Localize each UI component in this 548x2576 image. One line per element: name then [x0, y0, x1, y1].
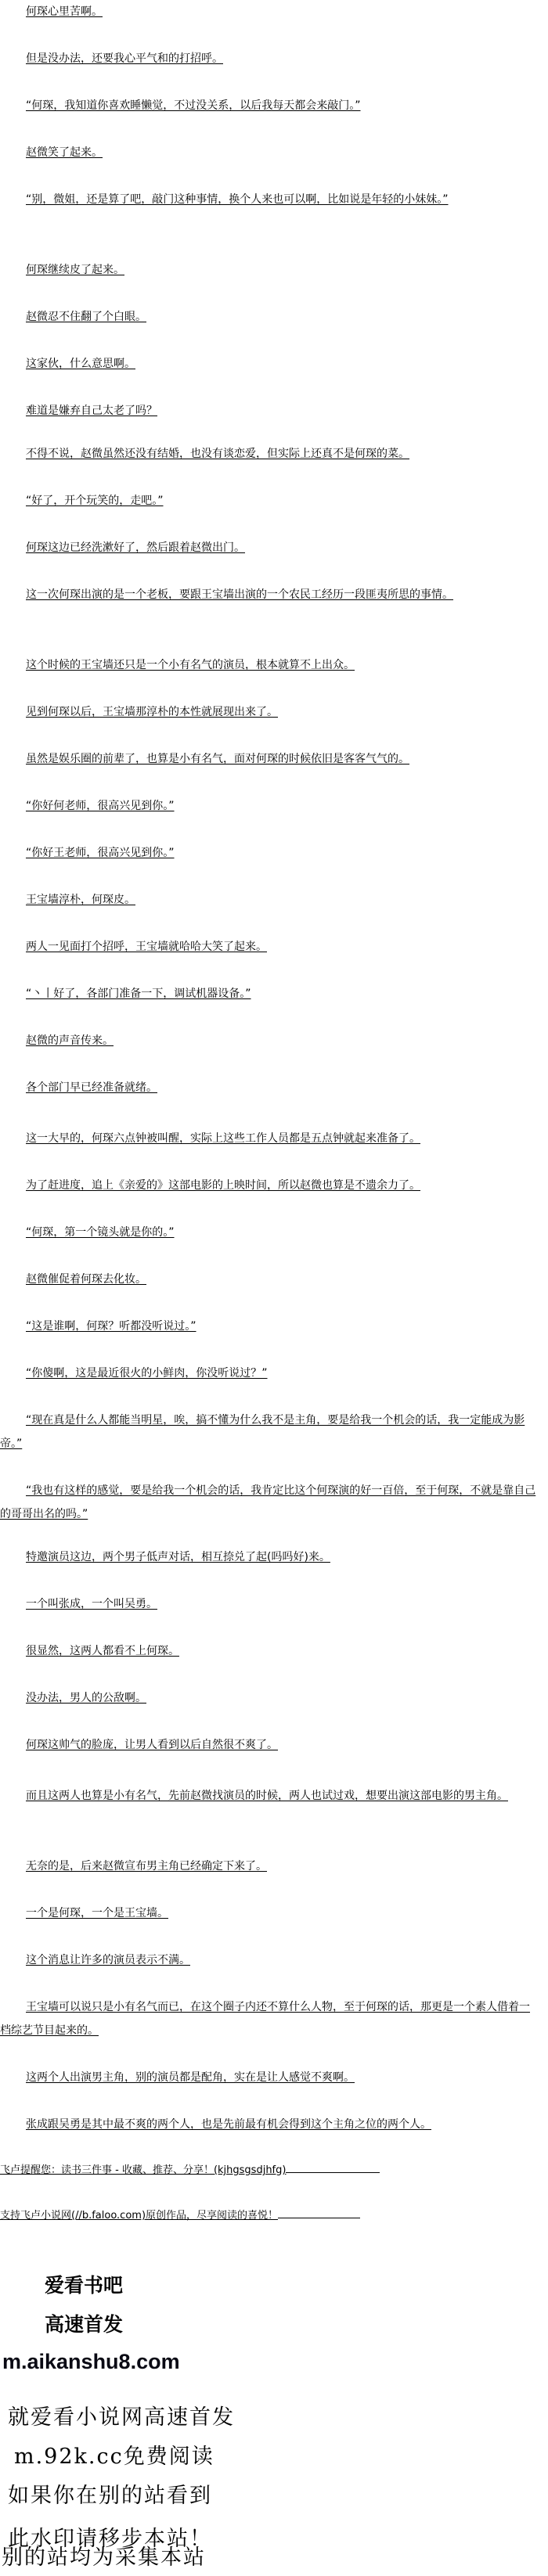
paragraph-text: 这两个人出演男主角，别的演员都是配角，实在是让人感觉不爽啊。	[26, 2071, 355, 2084]
paragraph: 两人一见面打个招呼，王宝墙就哈哈大笑了起来。	[0, 935, 540, 959]
paragraph-text: 何琛这边已经洗漱好了，然后跟着赵微出门。	[26, 541, 245, 554]
paragraph: 何琛继续皮了起来。	[0, 258, 540, 282]
paragraph-text: 赵微的声音传来。	[26, 1034, 114, 1047]
paragraph: “我也有这样的感觉，要是给我一个机会的话，我肯定比这个何琛演的好一百倍，至于何琛…	[0, 1479, 540, 1526]
paragraph-text: 见到何琛以后，王宝墙那淳朴的本性就展现出来了。	[26, 706, 278, 718]
paragraph-text: 赵微催促着何琛去化妆。	[26, 1273, 146, 1286]
paragraph: 难道是嫌弃自己太老了吗？	[0, 399, 540, 423]
paragraph: 这家伙，什么意思啊。	[0, 352, 540, 376]
paragraph: 赵微笑了起来。	[0, 141, 540, 164]
paragraph: 何琛这帅气的脸庞，让男人看到以后自然很不爽了。	[0, 1733, 540, 1757]
paragraph: 这一次何琛出演的是一个老板，要跟王宝墙出演的一个农民工经历一段匪夷所思的事情。	[0, 583, 540, 606]
paragraph-text: “你好何老师，很高兴见到你。”	[26, 800, 175, 812]
paragraph-text: 不得不说，赵微虽然还没有结婚，也没有谈恋爱，但实际上还真不是何琛的菜。	[26, 448, 409, 460]
reminder-line: 飞卢提醒您：读书三件事 - 收藏、推荐、分享！(kjhgsgsdjhfg)	[0, 2161, 380, 2178]
paragraph: 但是没办法，还要我心平气和的打招呼。	[0, 47, 540, 70]
paragraph-text: 何琛继续皮了起来。	[26, 264, 124, 276]
paragraph: “你好王老师，很高兴见到你。”	[0, 841, 540, 865]
paragraph-text: 没办法，男人的公敌啊。	[26, 1692, 146, 1704]
watermark-url: m.aikanshu8.com	[2, 2349, 180, 2374]
paragraph-text: 但是没办法，还要我心平气和的打招呼。	[26, 52, 223, 65]
paragraph-text: 何琛这帅气的脸庞，让男人看到以后自然很不爽了。	[26, 1739, 278, 1751]
paragraph: “你傻啊，这是最近很火的小鲜肉，你没听说过？”	[0, 1362, 540, 1385]
paragraph: “别，微姐，还是算了吧，敲门这种事情，换个人来也可以啊，比如说是年轻的小妹妹。”	[0, 188, 540, 211]
paragraph: 赵微催促着何琛去化妆。	[0, 1268, 540, 1291]
paragraph: 虽然是娱乐圈的前辈了，也算是小有名气，面对何琛的时候依旧是客客气气的。	[0, 747, 540, 771]
paragraph: 何琛这边已经洗漱好了，然后跟着赵微出门。	[0, 536, 540, 559]
watermark-line-2: m.92k.cc免费阅读	[14, 2444, 215, 2470]
reminder-text: 飞卢提醒您：读书三件事 - 收藏、推荐、分享！(kjhgsgsdjhfg)	[0, 2164, 286, 2176]
paragraph: 不得不说，赵微虽然还没有结婚，也没有谈恋爱，但实际上还真不是何琛的菜。	[0, 442, 540, 466]
paragraph: “丶丨好了，各部门准备一下，调试机器设备。”	[0, 982, 540, 1006]
paragraph: 无奈的是，后来赵微宣布男主角已经确定下来了。	[0, 1855, 540, 1878]
paragraph-text: 何琛心里苦啊。	[26, 5, 103, 18]
watermark-line-5: 别的站均为采集本站	[2, 2545, 206, 2571]
paragraph-text: “好了，开个玩笑的，走吧。”	[26, 495, 164, 507]
paragraph: 王宝墙淳朴，何琛皮。	[0, 888, 540, 912]
paragraph-text: 而且这两人也算是小有名气，先前赵微找演员的时候，两人也试过戏，想要出演这部电影的…	[26, 1790, 508, 1802]
paragraph-text: 王宝墙淳朴，何琛皮。	[26, 894, 135, 906]
paragraph-text: “何琛，第一个镜头就是你的。”	[26, 1226, 175, 1239]
paragraph-text: “你傻啊，这是最近很火的小鲜肉，你没听说过？”	[26, 1367, 268, 1380]
paragraph-text: 这个时候的王宝墙还只是一个小有名气的演员，根本就算不上出众。	[26, 659, 355, 671]
paragraph: 这一大早的，何琛六点钟被叫醒，实际上这些工作人员都是五点钟就起来准备了。	[0, 1127, 540, 1150]
paragraph: 这个消息让许多的演员表示不满。	[0, 1948, 540, 1972]
paragraph: “何琛，第一个镜头就是你的。”	[0, 1221, 540, 1244]
paragraph-text: 赵微忍不住翻了个白眼。	[26, 311, 146, 323]
paragraph: 赵微的声音传来。	[0, 1029, 540, 1052]
paragraph: 为了赶进度，追上《亲爱的》这部电影的上映时间，所以赵微也算是不遗余力了。	[0, 1174, 540, 1197]
paragraph: 这两个人出演男主角，别的演员都是配角，实在是让人感觉不爽啊。	[0, 2066, 540, 2089]
paragraph-text: “现在真是什么人都能当明星，唉，搞不懂为什么我不是主角，要是给我一个机会的话，我…	[0, 1414, 525, 1450]
paragraph: 而且这两人也算是小有名气，先前赵微找演员的时候，两人也试过戏，想要出演这部电影的…	[0, 1784, 540, 1808]
paragraph: 一个叫张成，一个叫吴勇。	[0, 1592, 540, 1616]
support-text: 支持飞卢小说网(//b.faloo.com)原创作品，尽享阅读的喜悦！	[0, 2210, 278, 2222]
paragraph: “好了，开个玩笑的，走吧。”	[0, 489, 540, 513]
watermark-line-3: 如果你在别的站看到	[8, 2483, 212, 2509]
paragraph-text: 一个是何琛，一个是王宝墙。	[26, 1907, 168, 1919]
paragraph: 何琛心里苦啊。	[0, 0, 540, 23]
watermark-title-2: 高速首发	[45, 2313, 123, 2337]
paragraph: 王宝墙可以说只是小有名气而已，在这个圈子内还不算什么人物，至于何琛的话，那更是一…	[0, 1995, 540, 2042]
paragraph-text: 难道是嫌弃自己太老了吗？	[26, 405, 157, 417]
paragraph: “你好何老师，很高兴见到你。”	[0, 794, 540, 818]
watermark-line-1: 就爱看小说网高速首发	[8, 2405, 235, 2431]
paragraph-text: 这一次何琛出演的是一个老板，要跟王宝墙出演的一个农民工经历一段匪夷所思的事情。	[26, 588, 453, 601]
paragraph: 各个部门早已经准备就绪。	[0, 1076, 540, 1099]
paragraph: 这个时候的王宝墙还只是一个小有名气的演员，根本就算不上出众。	[0, 653, 540, 677]
paragraph-text: 特邀演员这边，两个男子低声对话，相互捺兑了起(吗吗好)来。	[26, 1551, 330, 1563]
support-line: 支持飞卢小说网(//b.faloo.com)原创作品，尽享阅读的喜悦！	[0, 2207, 360, 2224]
paragraph-text: 这个消息让许多的演员表示不满。	[26, 1954, 190, 1966]
paragraph-text: “别，微姐，还是算了吧，敲门这种事情，换个人来也可以啊，比如说是年轻的小妹妹。”	[26, 193, 449, 206]
paragraph: 见到何琛以后，王宝墙那淳朴的本性就展现出来了。	[0, 700, 540, 724]
paragraph-text: 无奈的是，后来赵微宣布男主角已经确定下来了。	[26, 1860, 267, 1873]
paragraph-text: 很显然，这两人都看不上何琛。	[26, 1645, 179, 1657]
paragraph: 一个是何琛，一个是王宝墙。	[0, 1901, 540, 1925]
paragraph: “何琛，我知道你喜欢睡懒觉，不过没关系，以后我每天都会来敲门。”	[0, 94, 540, 117]
paragraph-text: “这是谁啊，何琛？听都没听说过。”	[26, 1320, 196, 1333]
paragraph-text: “何琛，我知道你喜欢睡懒觉，不过没关系，以后我每天都会来敲门。”	[26, 99, 361, 112]
paragraph: 很显然，这两人都看不上何琛。	[0, 1639, 540, 1663]
paragraph: “这是谁啊，何琛？听都没听说过。”	[0, 1315, 540, 1338]
paragraph-text: 王宝墙可以说只是小有名气而已，在这个圈子内还不算什么人物，至于何琛的话，那更是一…	[0, 2001, 530, 2037]
paragraph-text: 一个叫张成，一个叫吴勇。	[26, 1598, 157, 1610]
watermark-title-1: 爱看书吧	[45, 2274, 123, 2297]
paragraph-text: 这家伙，什么意思啊。	[26, 358, 135, 370]
paragraph-text: 赵微笑了起来。	[26, 146, 103, 159]
paragraph-text: 为了赶进度，追上《亲爱的》这部电影的上映时间，所以赵微也算是不遗余力了。	[26, 1179, 420, 1192]
paragraph-text: 虽然是娱乐圈的前辈了，也算是小有名气，面对何琛的时候依旧是客客气气的。	[26, 753, 409, 765]
paragraph-text: 这一大早的，何琛六点钟被叫醒，实际上这些工作人员都是五点钟就起来准备了。	[26, 1132, 420, 1145]
paragraph: 没办法，男人的公敌啊。	[0, 1686, 540, 1710]
paragraph: 特邀演员这边，两个男子低声对话，相互捺兑了起(吗吗好)来。	[0, 1545, 540, 1569]
paragraph: 张成跟吴勇是其中最不爽的两个人，也是先前最有机会得到这个主角之位的两个人。	[0, 2113, 540, 2136]
paragraph: 赵微忍不住翻了个白眼。	[0, 305, 540, 329]
paragraph-text: “你好王老师，很高兴见到你。”	[26, 847, 175, 859]
paragraph-text: 两人一见面打个招呼，王宝墙就哈哈大笑了起来。	[26, 941, 267, 953]
paragraph: “现在真是什么人都能当明星，唉，搞不懂为什么我不是主角，要是给我一个机会的话，我…	[0, 1409, 540, 1455]
underline-filler	[278, 2207, 360, 2218]
paragraph-text: 张成跟吴勇是其中最不爽的两个人，也是先前最有机会得到这个主角之位的两个人。	[26, 2118, 431, 2131]
paragraph-text: 各个部门早已经准备就绪。	[26, 1081, 157, 1094]
underline-filler	[286, 2161, 380, 2173]
paragraph-text: “丶丨好了，各部门准备一下，调试机器设备。”	[26, 988, 251, 1000]
paragraph-text: “我也有这样的感觉，要是给我一个机会的话，我肯定比这个何琛演的好一百倍，至于何琛…	[0, 1484, 535, 1520]
